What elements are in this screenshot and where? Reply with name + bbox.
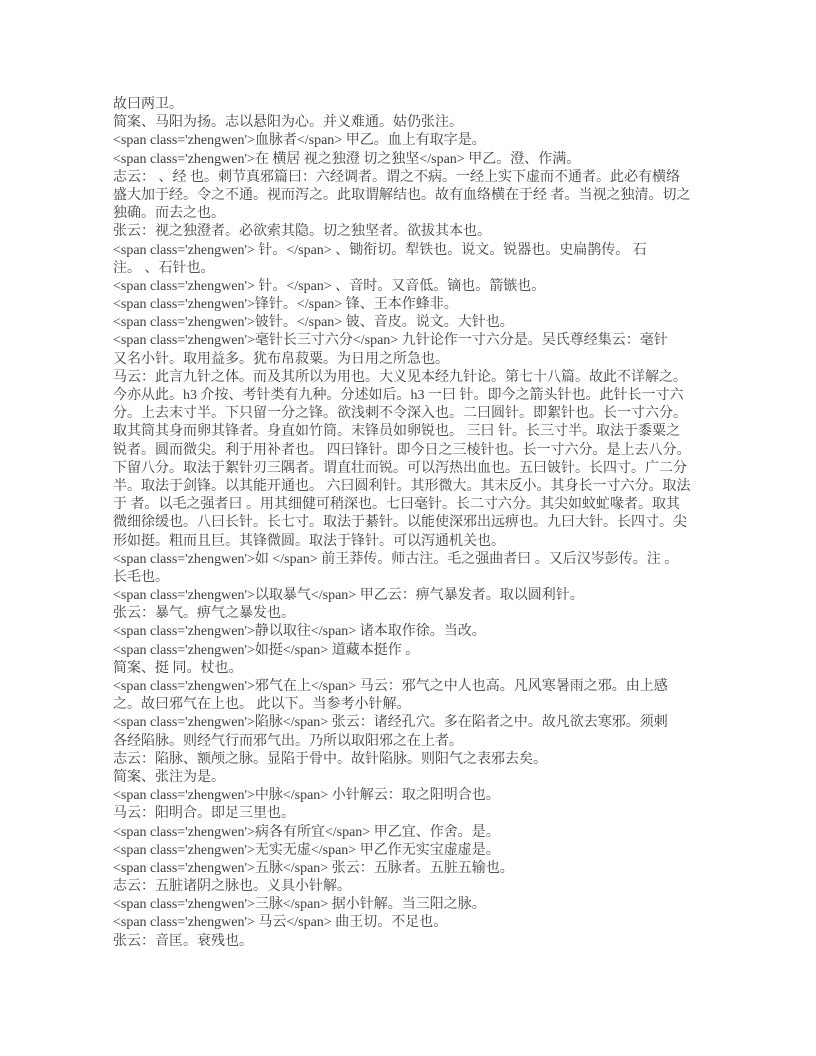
text-line: 微细徐缓也。八曰长针。长七寸。取法于綦针。以能使深邪出远痹也。九曰大针。长四寸。… (113, 514, 713, 532)
text-line: <span class='zhengwen'>三脉</span> 据小针解。当三… (113, 896, 713, 914)
text-line: 简案、马阳为扬。志以悬阳为心。并义难通。姑仍张注。 (113, 114, 713, 132)
text-line: 之。故曰邪气在上也。 此以下。当参考小针解。 (113, 696, 713, 714)
text-line: 志云：五脏诸阴之脉也。义具小针解。 (113, 878, 713, 896)
text-line: <span class='zhengwen'>锋针。</span> 锋、王本作蜂… (113, 296, 713, 314)
text-line: <span class='zhengwen'>静以取往</span> 诸本取作徐… (113, 623, 713, 641)
text-line: <span class='zhengwen'>无实无虚</span> 甲乙作无实… (113, 842, 713, 860)
text-line: 长毛也。 (113, 569, 713, 587)
text-line: 注。 、石针也。 (113, 260, 713, 278)
text-line: 半。取法于剑锋。以其能开通也。 六曰圆利针。其形微大。其末反小。其身长一寸六分。… (113, 478, 713, 496)
text-line: 马云：阳明合。即足三里也。 (113, 805, 713, 823)
text-line: <span class='zhengwen'>如挺</span> 道藏本挺作 。 (113, 642, 713, 660)
text-line: 取其筒其身而卵其锋者。身直如竹筒。末锋员如卵锐也。 三曰 针。长三寸半。取法于黍… (113, 423, 713, 441)
text-line: 今亦从此。h3 介按、考针类有九种。分述如后。h3 一曰 针。即今之箭头针也。此… (113, 387, 713, 405)
text-line: 志云：陷脉、额颅之脉。显陷于骨中。故针陷脉。则阳气之表邪去矣。 (113, 751, 713, 769)
text-line: 马云：此言九针之体。而及其所以为用也。大义见本经九针论。第七十八篇。故此不详解之… (113, 369, 713, 387)
text-line: 于 者。以毛之强者曰 。用其细健可稍深也。七曰毫针。长二寸六分。其尖如蚊虻喙者。… (113, 496, 713, 514)
document-text-block: 故曰两卫。简案、马阳为扬。志以悬阳为心。并义难通。姑仍张注。<span clas… (113, 96, 713, 951)
text-line: 简案、挺 同。杖也。 (113, 660, 713, 678)
text-line: <span class='zhengwen'>病各有所宜</span> 甲乙宜、… (113, 824, 713, 842)
document-page: 故曰两卫。简案、马阳为扬。志以悬阳为心。并义难通。姑仍张注。<span clas… (0, 0, 816, 1056)
text-line: 张云：视之独澄者。必欲索其隐。切之独坚者。欲拔其本也。 (113, 223, 713, 241)
text-line: 又名小针。取用益多。犹布帛菽粟。为日用之所急也。 (113, 351, 713, 369)
text-line: <span class='zhengwen'> 马云</span> 曲王切。不足… (113, 914, 713, 932)
text-line: 志云： 、经 也。刺节真邪篇曰：六经调者。谓之不病。一经上实下虚而不通者。此必有… (113, 169, 713, 187)
text-line: <span class='zhengwen'> 针。</span> 、锄衔切。犁… (113, 242, 713, 260)
text-line: <span class='zhengwen'>如 </span> 前王莽传。师古… (113, 551, 713, 569)
text-line: 下留八分。取法于絮针刃三隅者。谓直壮而锐。可以泻热出血也。五曰铍针。长四寸。广二… (113, 460, 713, 478)
text-line: 张云：暴气。痹气之暴发也。 (113, 605, 713, 623)
text-line: 简案、张注为是。 (113, 769, 713, 787)
text-line: 锐者。圆而微尖。利于用补者也。 四曰锋针。即今日之三棱针也。长一寸六分。是上去八… (113, 442, 713, 460)
text-line: 独确。而去之也。 (113, 205, 713, 223)
text-line: 张云：音匡。衰残也。 (113, 933, 713, 951)
text-line: <span class='zhengwen'>铍针。</span> 铍、音皮。说… (113, 314, 713, 332)
text-line: 盛大加于经。令之不通。视而泻之。此取谓解结也。故有血络横在于经 者。当视之独清。… (113, 187, 713, 205)
text-line: 形如挺。粗而且巨。其锋微圆。取法于锋针。可以泻通机关也。 (113, 533, 713, 551)
text-line: <span class='zhengwen'>以取暴气</span> 甲乙云：痹… (113, 587, 713, 605)
text-line: <span class='zhengwen'> 针。</span> 、音时。又音… (113, 278, 713, 296)
text-line: <span class='zhengwen'>陷脉</span> 张云：诸经孔穴… (113, 714, 713, 732)
text-line: 分。上去末寸半。下只留一分之锋。欲浅刺不令深入也。二曰圆针。即絮针也。长一寸六分… (113, 405, 713, 423)
text-line: 故曰两卫。 (113, 96, 713, 114)
text-line: <span class='zhengwen'>毫针长三寸六分</span> 九针… (113, 332, 713, 350)
text-line: <span class='zhengwen'>五脉</span> 张云：五脉者。… (113, 860, 713, 878)
text-line: <span class='zhengwen'>血脉者</span> 甲乙。血上有… (113, 132, 713, 150)
text-line: <span class='zhengwen'>在 横居 视之独澄 切之独坚</s… (113, 151, 713, 169)
text-line: <span class='zhengwen'>中脉</span> 小针解云：取之… (113, 787, 713, 805)
text-line: 各经陷脉。则经气行而邪气出。乃所以取阳邪之在上者。 (113, 733, 713, 751)
text-line: <span class='zhengwen'>邪气在上</span> 马云：邪气… (113, 678, 713, 696)
